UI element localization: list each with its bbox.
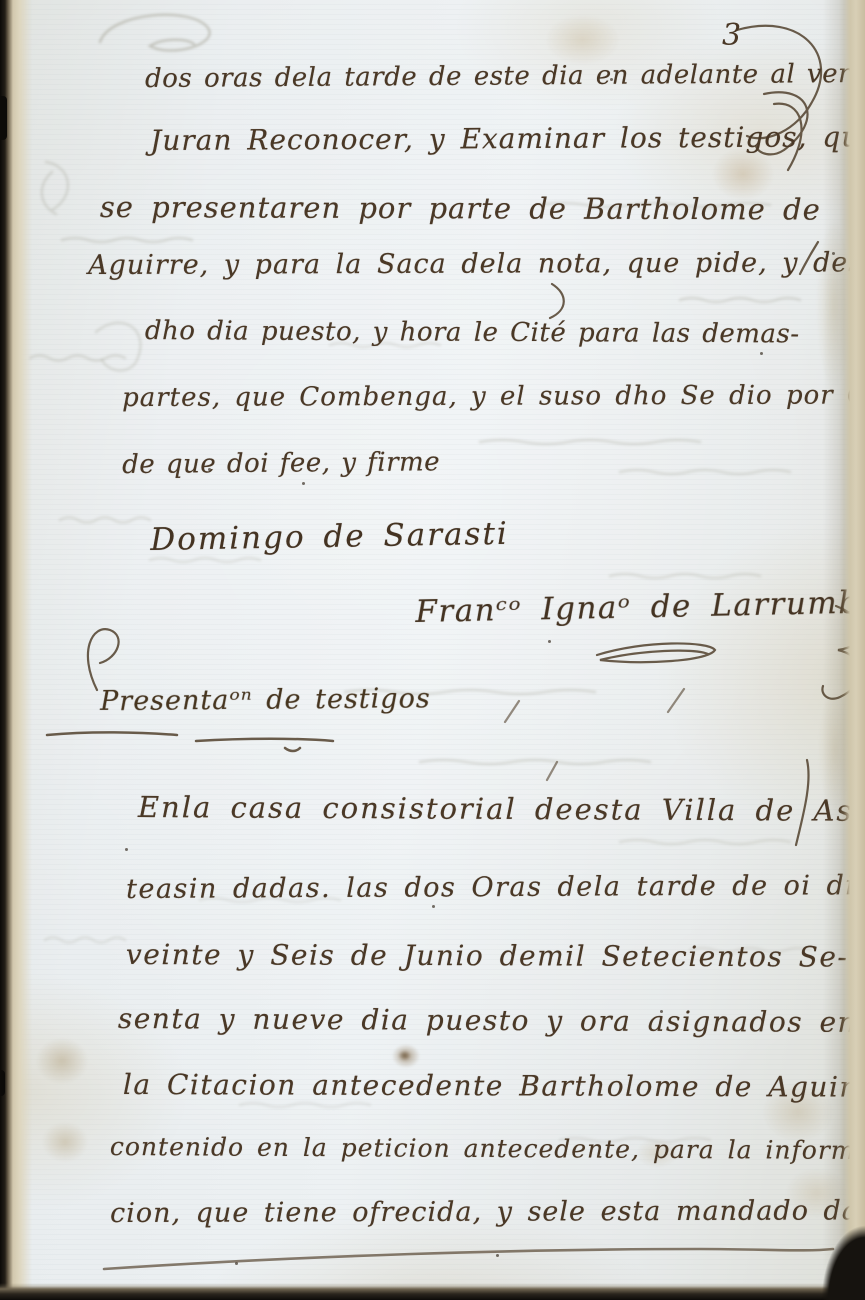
- manuscript-line: teasin dadas. las dos Oras dela tarde de…: [126, 870, 865, 905]
- marginal-heading: Presentaᵒⁿ de testigos: [100, 683, 431, 717]
- ink-speck: [496, 1254, 499, 1257]
- signature-line: Domingo de Sarasti: [150, 516, 509, 558]
- paper-stain: [42, 1122, 88, 1162]
- page-edge-bottom: [0, 1283, 865, 1300]
- binding-edge-left: [0, 0, 32, 1300]
- ink-speck: [548, 640, 551, 643]
- manuscript-line: senta y nueve dia puesto y ora asignados…: [118, 1002, 857, 1039]
- ink-speck: [432, 905, 435, 908]
- manuscript-line: de que doi fee, y firme: [122, 447, 440, 480]
- manuscript-line: se presentaren por parte de Bartholome d…: [100, 190, 821, 227]
- paper-stain: [545, 15, 620, 65]
- manuscript-line: dos oras dela tarde de este dia en adela…: [145, 59, 851, 94]
- binding-nub: [0, 1070, 5, 1096]
- manuscript-line: Enla casa consistorial deesta Villa de A…: [138, 790, 865, 828]
- paper-stain: [398, 1050, 411, 1061]
- dark-corner-bottom-right: [819, 1190, 865, 1300]
- paper-stain: [36, 1038, 88, 1084]
- manuscript-line: cion, que tiene ofrecida, y sele esta ma…: [110, 1195, 865, 1229]
- manuscript-line: partes, que Combenga, y el suso dho Se d…: [122, 380, 865, 413]
- manuscript-line: veinte y Seis de Junio demil Setecientos…: [126, 938, 849, 974]
- manuscript-line: Juran Reconocer, y Examinar los testigos…: [150, 120, 865, 157]
- manuscript-line: Aguirre, y para la Saca dela nota, que p…: [88, 247, 865, 281]
- ink-speck: [760, 352, 763, 355]
- manuscript-line: la Citacion antecedente Bartholome de Ag…: [123, 1068, 865, 1104]
- ink-speck: [235, 1262, 238, 1265]
- manuscript-page-scan: dos oras dela tarde de este dia en adela…: [0, 0, 865, 1300]
- ink-speck: [125, 848, 128, 851]
- binding-nub: [0, 96, 7, 140]
- manuscript-line: contenido en la peticion antecedente, pa…: [110, 1132, 865, 1165]
- ink-speck: [302, 482, 305, 485]
- manuscript-line: dho dia puesto, y hora le Cité para las …: [145, 316, 800, 349]
- page-number: 3: [722, 18, 741, 53]
- deckle-edge-right: [823, 0, 865, 1300]
